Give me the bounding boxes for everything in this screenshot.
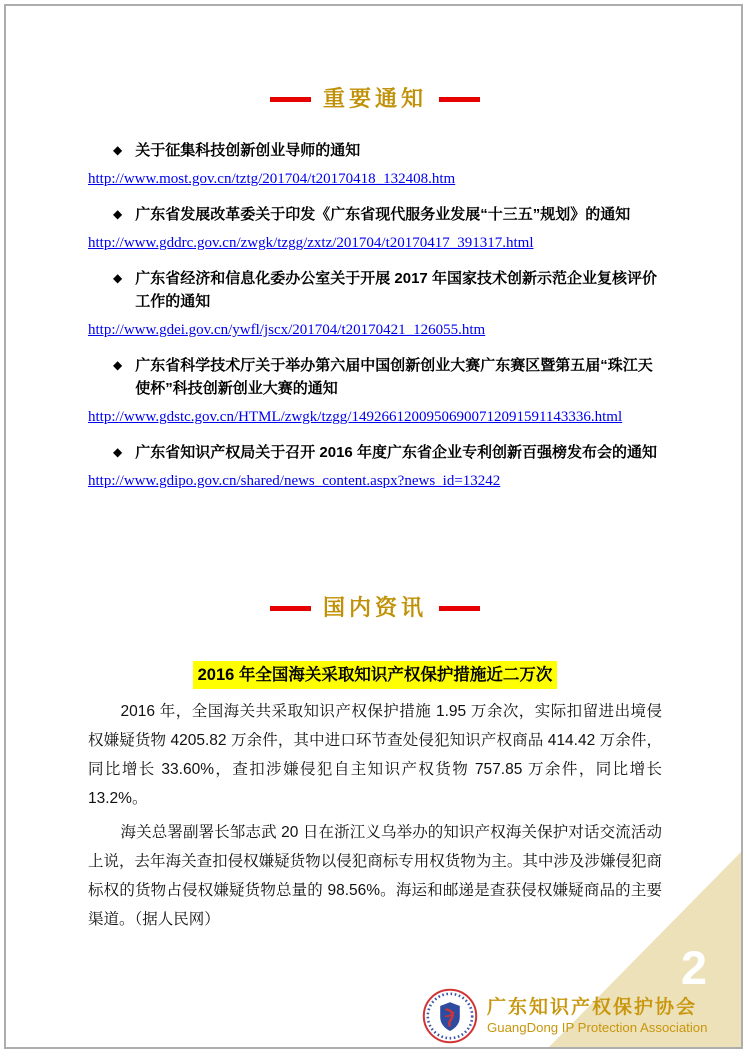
header-dash-right	[439, 606, 480, 611]
section-header-notices: 重要通知	[88, 86, 662, 112]
footer-org-names: 广东知识产权保护协会 GuangDong IP Protection Assoc…	[487, 996, 707, 1036]
notice-item: ◆ 广东省知识产权局关于召开 2016 年度广东省企业专利创新百强榜发布会的通知…	[88, 441, 662, 491]
org-name-cn: 广东知识产权保护协会	[487, 996, 707, 1019]
gipa-seal-icon	[422, 988, 478, 1044]
notice-url-link[interactable]: http://www.gdipo.gov.cn/shared/news_cont…	[88, 473, 500, 489]
article-paragraph: 2016 年，全国海关共采取知识产权保护措施 1.95 万余次，实际扣留进出境侵…	[88, 697, 662, 813]
notice-url-link[interactable]: http://www.most.gov.cn/tztg/201704/t2017…	[88, 171, 455, 187]
section-title-notices: 重要通知	[323, 86, 427, 112]
notice-item: ◆ 广东省科学技术厅关于举办第六届中国创新创业大赛广东赛区暨第五届“珠江天使杯”…	[88, 354, 662, 427]
section-header-news: 国内资讯	[88, 595, 662, 621]
notice-title: 广东省科学技术厅关于举办第六届中国创新创业大赛广东赛区暨第五届“珠江天使杯”科技…	[135, 354, 662, 400]
notice-title: 广东省知识产权局关于召开 2016 年度广东省企业专利创新百强榜发布会的通知	[135, 441, 657, 464]
notice-item: ◆ 关于征集科技创新创业导师的通知 http://www.most.gov.cn…	[88, 139, 662, 189]
header-dash-right	[439, 97, 480, 102]
article-title-row: 2016 年全国海关采取知识产权保护措施近二万次	[88, 661, 662, 689]
notice-title: 广东省发展改革委关于印发《广东省现代服务业发展“十三五”规划》的通知	[135, 203, 630, 226]
notice-title-row: ◆ 广东省科学技术厅关于举办第六届中国创新创业大赛广东赛区暨第五届“珠江天使杯”…	[88, 354, 662, 400]
footer: 广东知识产权保护协会 GuangDong IP Protection Assoc…	[422, 988, 707, 1044]
diamond-bullet-icon: ◆	[113, 267, 122, 313]
article-paragraph: 海关总署副署长邹志武 20 日在浙江义乌举办的知识产权海关保护对话交流活动上说，…	[88, 818, 662, 934]
page-content: 重要通知 ◆ 关于征集科技创新创业导师的通知 http://www.most.g…	[88, 0, 662, 939]
notice-url-link[interactable]: http://www.gdstc.gov.cn/HTML/zwgk/tzgg/1…	[88, 409, 622, 425]
notice-title: 广东省经济和信息化委办公室关于开展 2017 年国家技术创新示范企业复核评价工作…	[135, 267, 662, 313]
document-page: 重要通知 ◆ 关于征集科技创新创业导师的通知 http://www.most.g…	[0, 0, 750, 1056]
section-title-news: 国内资讯	[323, 595, 427, 621]
notice-item: ◆ 广东省经济和信息化委办公室关于开展 2017 年国家技术创新示范企业复核评价…	[88, 267, 662, 340]
page-number: 2	[668, 944, 720, 991]
article-headline-highlighted: 2016 年全国海关采取知识产权保护措施近二万次	[193, 661, 558, 689]
notice-url-link[interactable]: http://www.gdei.gov.cn/ywfl/jscx/201704/…	[88, 322, 485, 338]
notice-title-row: ◆ 广东省发展改革委关于印发《广东省现代服务业发展“十三五”规划》的通知	[88, 203, 662, 226]
diamond-bullet-icon: ◆	[113, 441, 122, 464]
diamond-bullet-icon: ◆	[113, 139, 122, 162]
header-dash-left	[270, 97, 311, 102]
notice-title-row: ◆ 广东省经济和信息化委办公室关于开展 2017 年国家技术创新示范企业复核评价…	[88, 267, 662, 313]
notice-item: ◆ 广东省发展改革委关于印发《广东省现代服务业发展“十三五”规划》的通知 htt…	[88, 203, 662, 253]
notice-title-row: ◆ 广东省知识产权局关于召开 2016 年度广东省企业专利创新百强榜发布会的通知	[88, 441, 662, 464]
notice-list: ◆ 关于征集科技创新创业导师的通知 http://www.most.gov.cn…	[88, 139, 662, 491]
diamond-bullet-icon: ◆	[113, 203, 122, 226]
notice-title-row: ◆ 关于征集科技创新创业导师的通知	[88, 139, 662, 162]
article-body: 2016 年，全国海关共采取知识产权保护措施 1.95 万余次，实际扣留进出境侵…	[88, 697, 662, 934]
header-dash-left	[270, 606, 311, 611]
notice-url-link[interactable]: http://www.gddrc.gov.cn/zwgk/tzgg/zxtz/2…	[88, 235, 534, 251]
notice-title: 关于征集科技创新创业导师的通知	[135, 139, 360, 162]
diamond-bullet-icon: ◆	[113, 354, 122, 400]
org-name-en: GuangDong IP Protection Association	[487, 1019, 707, 1036]
